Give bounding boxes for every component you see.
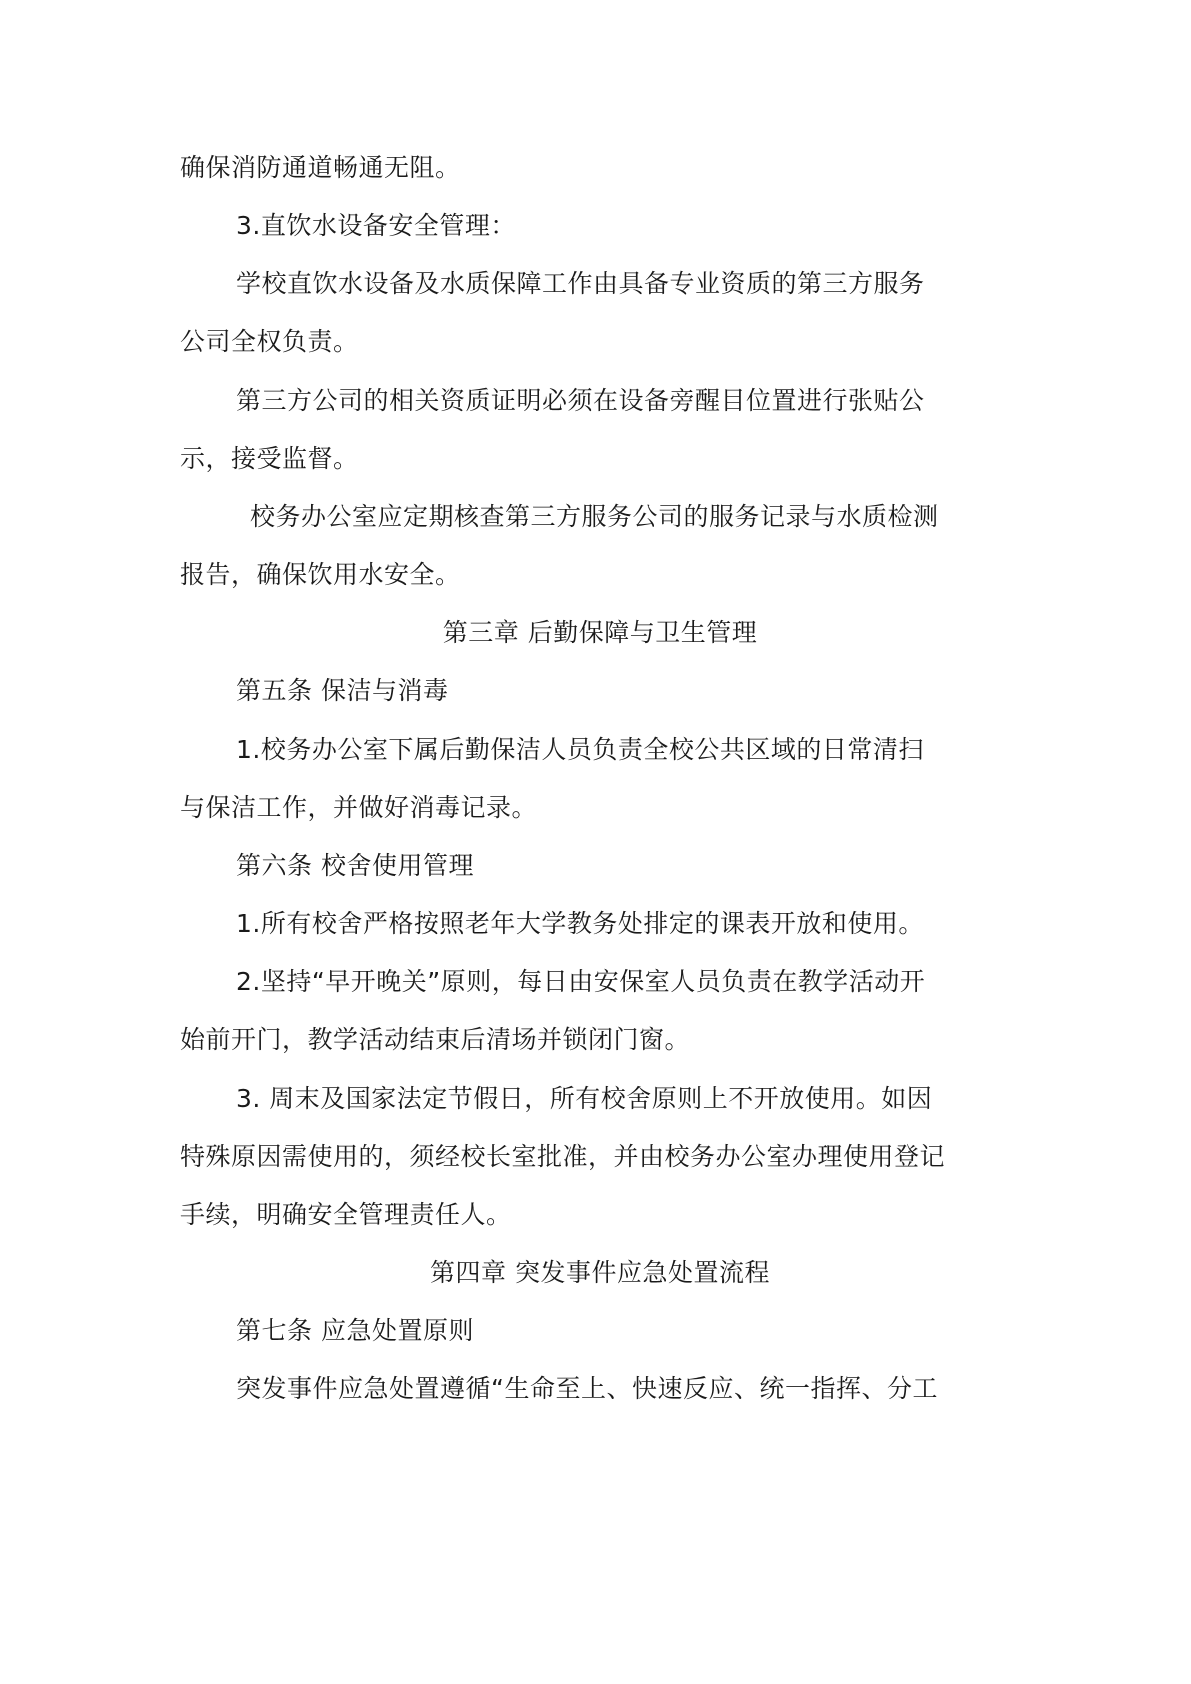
article-heading: 第五条 保洁与消毒 (236, 674, 1076, 708)
paragraph-line: 特殊原因需使用的，须经校长室批准，并由校务办公室办理使用登记 (180, 1140, 1020, 1174)
paragraph-line: 公司全权负责。 (180, 325, 1020, 359)
chapter-heading: 第三章 后勤保障与卫生管理 (180, 616, 1020, 650)
paragraph-line: 手续，明确安全管理责任人。 (180, 1198, 1020, 1232)
article-heading: 第六条 校舍使用管理 (236, 849, 1076, 883)
paragraph-line: 报告，确保饮用水安全。 (180, 558, 1020, 592)
article-heading: 第七条 应急处置原则 (236, 1314, 1076, 1348)
paragraph-line: 始前开门，教学活动结束后清场并锁闭门窗。 (180, 1023, 1020, 1057)
list-item-line: 1.所有校舍严格按照老年大学教务处排定的课表开放和使用。 (236, 907, 1076, 941)
paragraph-line: 校务办公室应定期核查第三方服务公司的服务记录与水质检测 (250, 500, 1090, 534)
chapter-heading: 第四章 突发事件应急处置流程 (180, 1256, 1020, 1290)
paragraph-line: 与保洁工作，并做好消毒记录。 (180, 791, 1020, 825)
list-item-line: 3.直饮水设备安全管理： (236, 209, 1076, 243)
list-item-line: 3. 周末及国家法定节假日，所有校舍原则上不开放使用。如因 (236, 1082, 1076, 1116)
document-page: 确保消防通道畅通无阻。 3.直饮水设备安全管理： 学校直饮水设备及水质保障工作由… (0, 0, 1191, 1684)
paragraph-line: 突发事件应急处置遵循“生命至上、快速反应、统一指挥、分工 (236, 1372, 1076, 1406)
list-item-line: 1.校务办公室下属后勤保洁人员负责全校公共区域的日常清扫 (236, 733, 1076, 767)
paragraph-line: 确保消防通道畅通无阻。 (180, 151, 1020, 185)
list-item-line: 2.坚持“早开晚关”原则，每日由安保室人员负责在教学活动开 (236, 965, 1076, 999)
paragraph-line: 示，接受监督。 (180, 442, 1020, 476)
paragraph-line: 第三方公司的相关资质证明必须在设备旁醒目位置进行张贴公 (236, 384, 1076, 418)
paragraph-line: 学校直饮水设备及水质保障工作由具备专业资质的第三方服务 (236, 267, 1076, 301)
